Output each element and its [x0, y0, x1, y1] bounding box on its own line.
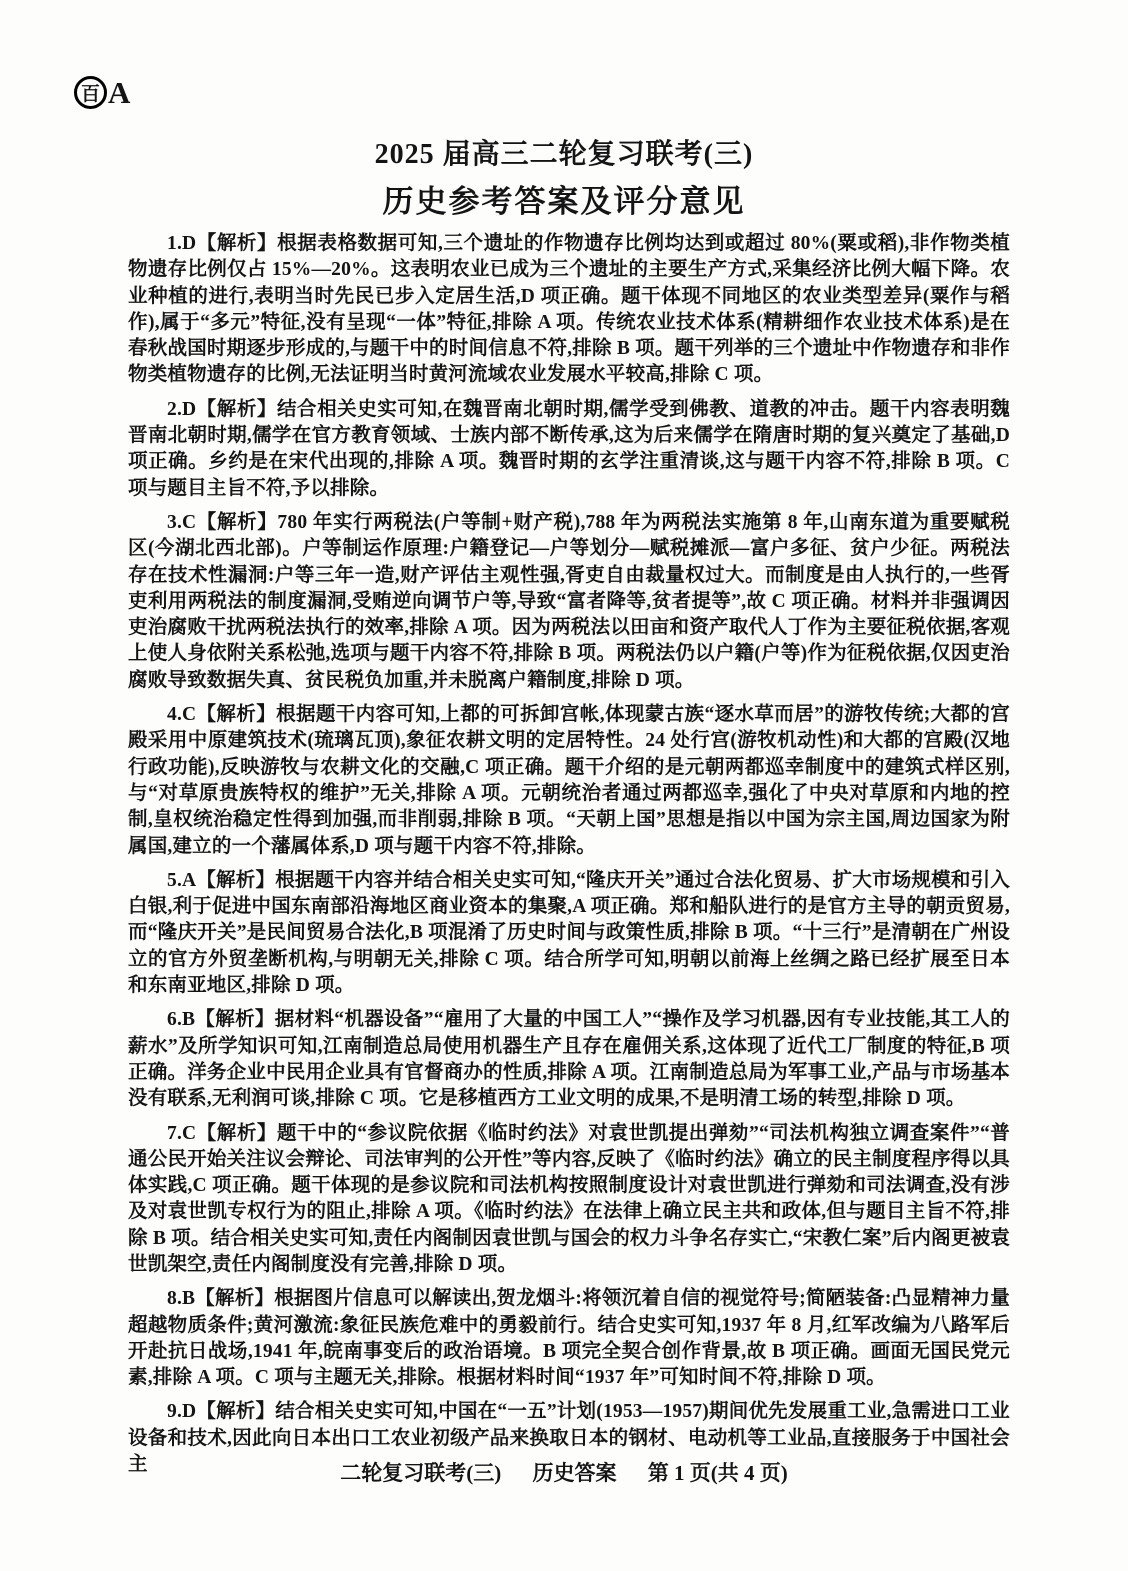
exam-title: 2025 届高三二轮复习联考(三)	[0, 132, 1128, 172]
answer-paragraph-8: 8.B【解析】根据图片信息可以解读出,贺龙烟斗:将领沉着自信的视觉符号;简陋装备…	[128, 1286, 1010, 1391]
answer-paragraph-5: 5.A【解析】根据题干内容并结合相关史实可知,“隆庆开关”通过合法化贸易、扩大市…	[128, 868, 1010, 999]
corner-letter: A	[108, 77, 130, 108]
footer-subject: 历史答案	[533, 1457, 617, 1487]
answer-paragraph-3: 3.C【解析】780 年实行两税法(户等制+财产税),788 年为两税法实施第 …	[128, 510, 1010, 694]
answer-paragraph-2: 2.D【解析】结合相关史实可知,在魏晋南北朝时期,儒学受到佛教、道教的冲击。题干…	[128, 397, 1010, 502]
footer-page-info: 第 1 页(共 4 页)	[648, 1457, 788, 1487]
answer-paragraph-4: 4.C【解析】根据题干内容可知,上都的可拆卸宫帐,体现蒙古族“逐水草而居”的游牧…	[128, 702, 1010, 860]
page-title: 历史参考答案及评分意见	[0, 176, 1128, 221]
answer-paragraph-1: 1.D【解析】根据表格数据可知,三个遗址的作物遗存比例均达到或超过 80%(粟或…	[128, 231, 1010, 389]
corner-stamp: 百 A	[74, 76, 130, 109]
corner-mark-text: 百	[81, 79, 100, 106]
scanned-answer-page: 百 A 2025 届高三二轮复习联考(三) 历史参考答案及评分意见 1.D【解析…	[0, 0, 1128, 1571]
page-footer: 二轮复习联考(三) 历史答案 第 1 页(共 4 页)	[0, 1457, 1128, 1487]
title-block: 2025 届高三二轮复习联考(三) 历史参考答案及评分意见	[0, 0, 1128, 221]
circled-mark-icon: 百	[74, 76, 107, 109]
answers-body: 1.D【解析】根据表格数据可知,三个遗址的作物遗存比例均达到或超过 80%(粟或…	[128, 231, 1010, 1478]
answer-paragraph-6: 6.B【解析】据材料“机器设备”“雇用了大量的中国工人”“操作及学习机器,因有专…	[128, 1007, 1010, 1112]
answer-paragraph-7: 7.C【解析】题干中的“参议院依据《临时约法》对袁世凯提出弹劾”“司法机构独立调…	[128, 1121, 1010, 1279]
footer-exam-name: 二轮复习联考(三)	[340, 1457, 501, 1487]
